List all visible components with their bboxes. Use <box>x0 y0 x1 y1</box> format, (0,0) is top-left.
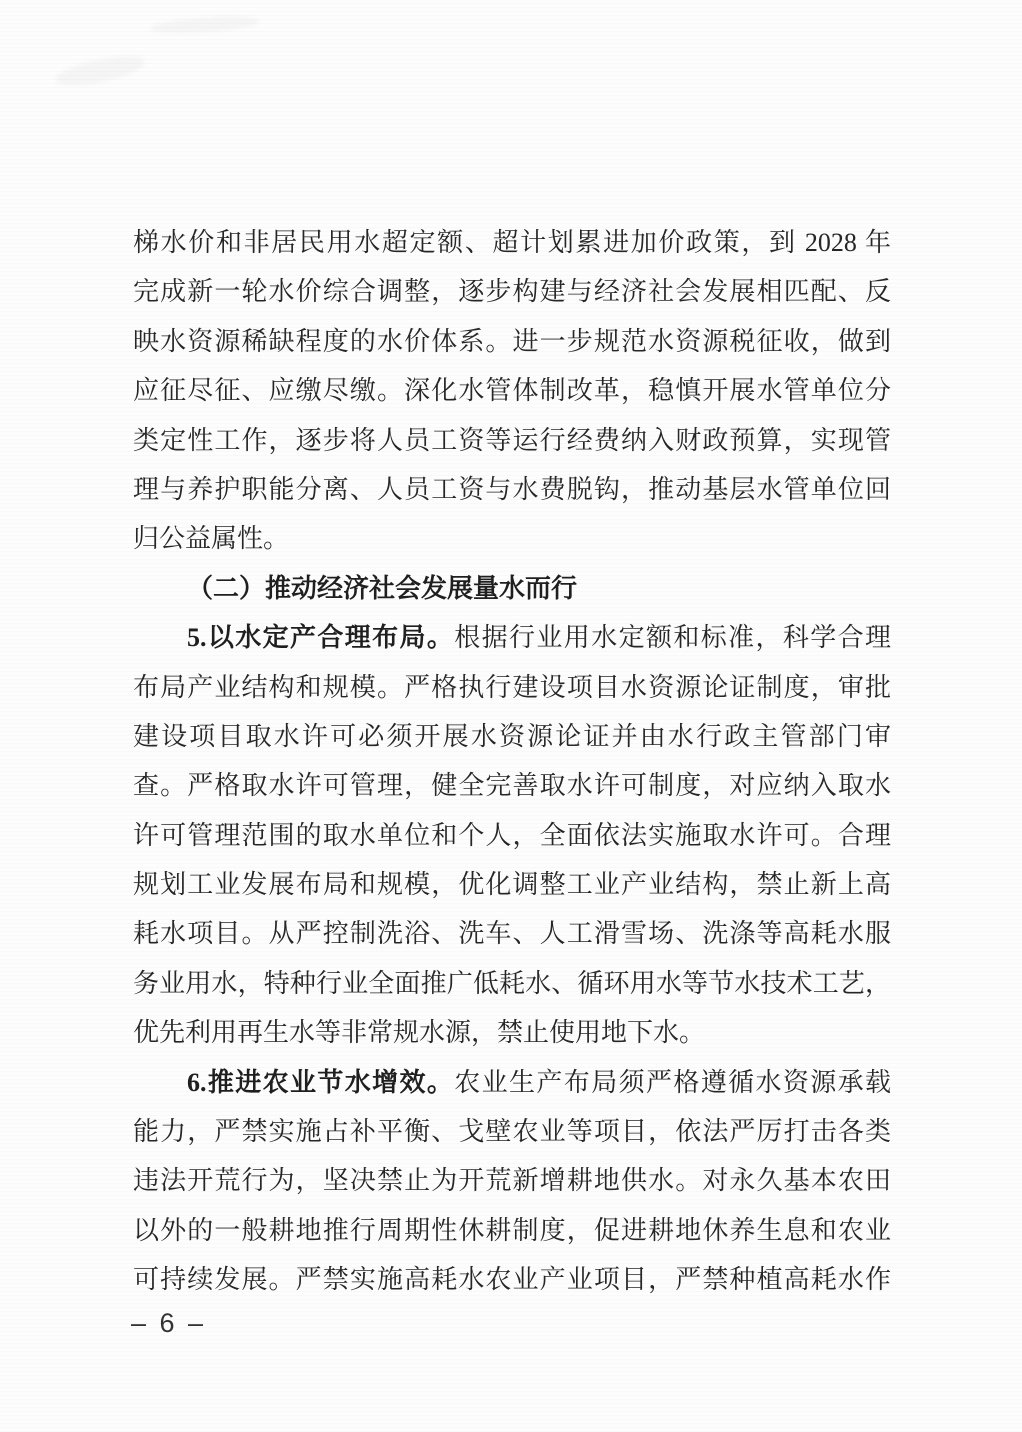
section-heading: （二）推动经济社会发展量水而行 <box>133 564 891 613</box>
paragraph-text: 根据行业用水定额和标准，科学合理 <box>454 623 891 652</box>
text-line: 查。严格取水许可管理，健全完善取水许可制度，对应纳入取水 <box>133 761 891 810</box>
text-line: 可持续发展。严禁实施高耗水农业产业项目，严禁种植高耗水作 <box>133 1255 891 1304</box>
text-line: 优先利用再生水等非常规水源，禁止使用地下水。 <box>133 1008 891 1057</box>
text-line: 布局产业结构和规模。严格执行建设项目水资源论证制度，审批 <box>133 663 891 712</box>
text-line: 务业用水，特种行业全面推广低耗水、循环用水等节水技术工艺， <box>133 959 891 1008</box>
paragraph-text: 农业生产布局须严格遵循水资源承载 <box>454 1068 891 1097</box>
text-line: 违法开荒行为，坚决禁止为开荒新增耕地供水。对永久基本农田 <box>133 1156 891 1205</box>
text-line: 许可管理范围的取水单位和个人，全面依法实施取水许可。合理 <box>133 811 891 860</box>
text-line: 5.以水定产合理布局。根据行业用水定额和标准，科学合理 <box>133 613 891 662</box>
page-number: – 6 – <box>131 1308 206 1339</box>
text-line: 建设项目取水许可必须开展水资源论证并由水行政主管部门审 <box>133 712 891 761</box>
text-line: 6.推进农业节水增效。农业生产布局须严格遵循水资源承载 <box>133 1058 891 1107</box>
paragraph-lead: 6.推进农业节水增效。 <box>187 1068 454 1097</box>
paragraph-lead: 5.以水定产合理布局。 <box>187 623 454 652</box>
text-line: 类定性工作，逐步将人员工资等运行经费纳入财政预算，实现管 <box>133 416 891 465</box>
document-body: 梯水价和非居民用水超定额、超计划累进加价政策，到 2028 年 完成新一轮水价综… <box>133 218 891 1305</box>
scan-smudge <box>54 51 147 91</box>
text-line: 理与养护职能分离、人员工资与水费脱钩，推动基层水管单位回 <box>133 465 891 514</box>
scan-smudge <box>150 14 261 36</box>
text-line: 应征尽征、应缴尽缴。深化水管体制改革，稳慎开展水管单位分 <box>133 366 891 415</box>
text-line: 归公益属性。 <box>133 514 891 563</box>
text-line: 映水资源稀缺程度的水价体系。进一步规范水资源税征收，做到 <box>133 317 891 366</box>
document-page: 梯水价和非居民用水超定额、超计划累进加价政策，到 2028 年 完成新一轮水价综… <box>0 0 1022 1432</box>
text-line: 规划工业发展布局和规模，优化调整工业产业结构，禁止新上高 <box>133 860 891 909</box>
text-line: 完成新一轮水价综合调整，逐步构建与经济社会发展相匹配、反 <box>133 267 891 316</box>
text-line: 能力，严禁实施占补平衡、戈壁农业等项目，依法严厉打击各类 <box>133 1107 891 1156</box>
text-line: 以外的一般耕地推行周期性休耕制度，促进耕地休养生息和农业 <box>133 1206 891 1255</box>
text-line: 耗水项目。从严控制洗浴、洗车、人工滑雪场、洗涤等高耗水服 <box>133 909 891 958</box>
text-line: 梯水价和非居民用水超定额、超计划累进加价政策，到 2028 年 <box>133 218 891 267</box>
